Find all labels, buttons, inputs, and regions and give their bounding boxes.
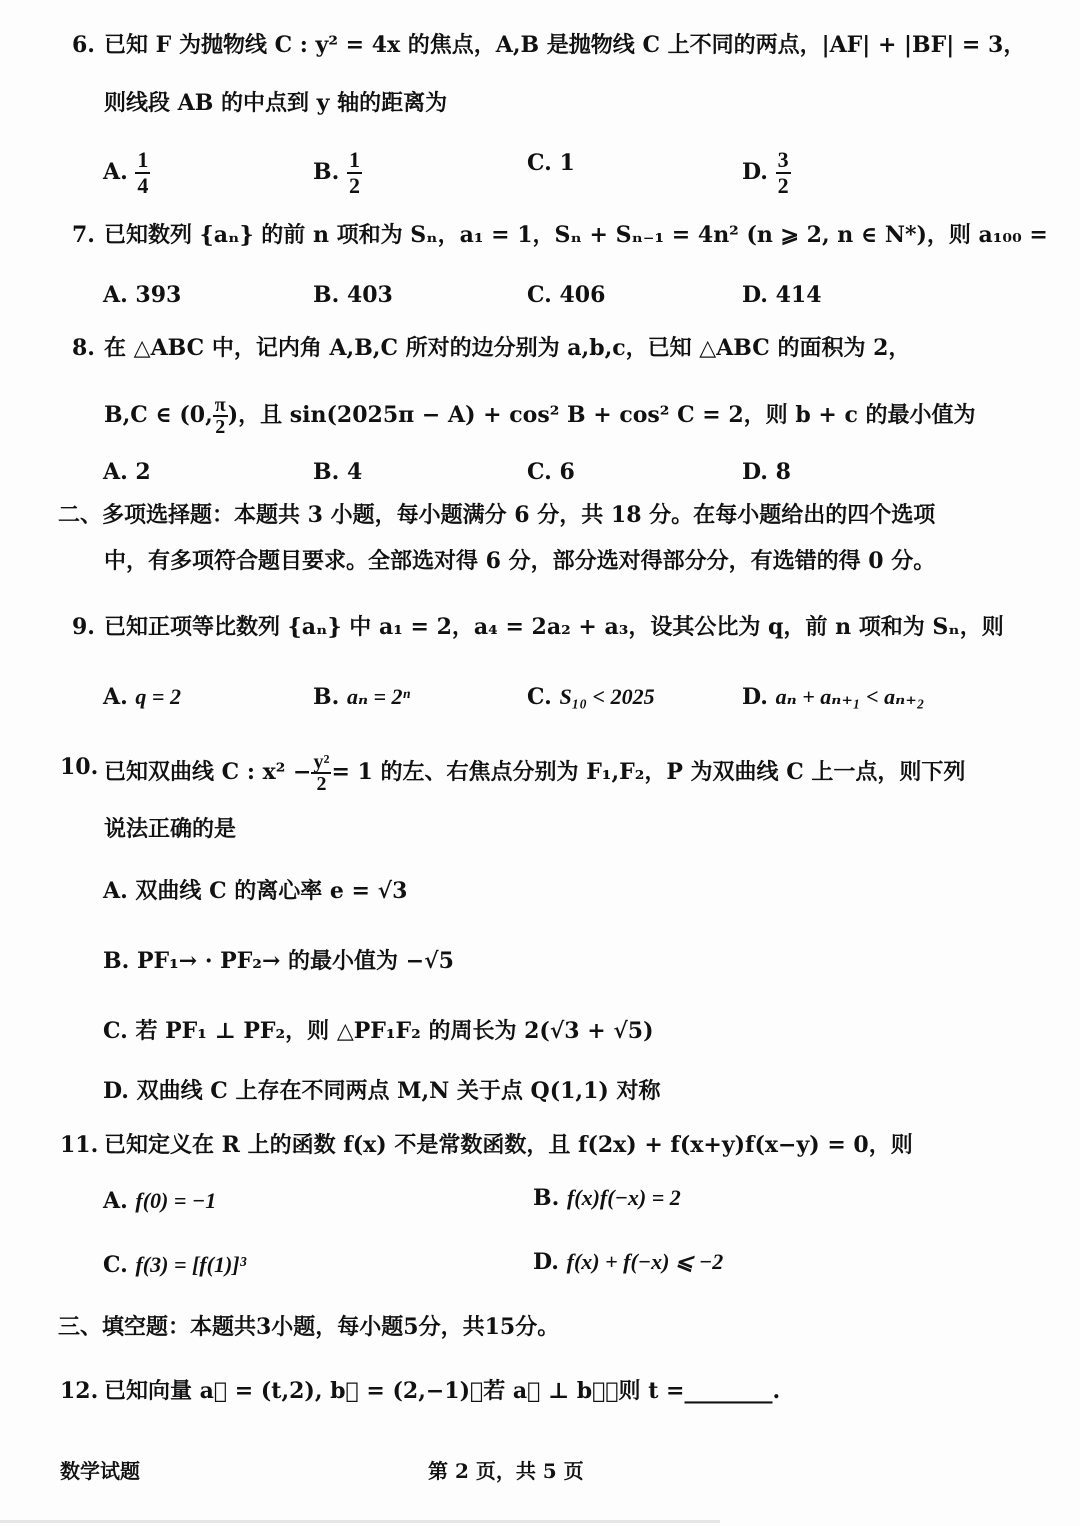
question-6-option-d: D. 32 (742, 148, 791, 198)
section-2-heading-line1: 二、多项选择题：本题共 3 小题，每小题满分 6 分，共 18 分。在每小题给出… (58, 500, 935, 530)
question-10-option-c: C. 若 PF₁ ⊥ PF₂，则 △PF₁F₂ 的周长为 2(√3 + √5) (103, 1016, 654, 1046)
question-9-option-b: B. aₙ = 2ⁿ (313, 682, 410, 712)
denominator: 2 (776, 174, 791, 198)
question-11-option-c: C. f(3) = [f(1)]³ (103, 1250, 246, 1280)
option-value: 8 (776, 459, 791, 485)
answer-blank[interactable]: ________ (684, 1378, 772, 1404)
option-label: B. (533, 1185, 559, 1211)
question-10-option-d: D. 双曲线 C 上存在不同两点 M,N 关于点 Q(1,1) 对称 (103, 1076, 660, 1106)
option-value: aₙ + aₙ₊₁ < aₙ₊₂ (776, 684, 925, 709)
option-value: f(x) + f(−x) ⩽ −2 (567, 1249, 724, 1274)
option-label: D. (742, 684, 768, 710)
section-2-heading-line2: 中，有多项符合题目要求。全部选对得 6 分，部分选对得部分分，有选错的得 0 分… (104, 546, 935, 576)
question-9-option-d: D. aₙ + aₙ₊₁ < aₙ₊₂ (742, 682, 925, 712)
option-value: 403 (347, 282, 393, 308)
page-bottom-edge (0, 1520, 720, 1523)
option-label: B. (103, 948, 129, 974)
numerator: π (213, 395, 228, 417)
option-label: A. (103, 1188, 128, 1214)
option-label: D. (103, 1078, 129, 1104)
numerator: 1 (135, 148, 150, 174)
denominator: 2 (213, 417, 228, 437)
question-7-option-c: C. 406 (527, 280, 605, 310)
footer-page-number: 第 2 页，共 5 页 (428, 1455, 584, 1484)
option-label: A. (103, 878, 128, 904)
question-8-stem-line1: 在 △ABC 中，记内角 A,B,C 所对的边分别为 a,b,c，已知 △ABC… (104, 333, 910, 363)
option-label: D. (742, 159, 768, 185)
question-10-stem-line2: 说法正确的是 (104, 814, 236, 844)
stem-text: 已知向量 a⃗ = (t,2), b⃗ = (2,−1)，若 a⃗ ⊥ b⃗，则… (104, 1378, 684, 1404)
option-label: B. (313, 459, 339, 485)
question-7-option-d: D. 414 (742, 280, 822, 310)
question-10-number: 10. (60, 752, 98, 782)
question-11-option-a: A. f(0) = −1 (103, 1186, 216, 1216)
option-value: f(3) = [f(1)]³ (135, 1252, 246, 1277)
question-8-option-c: C. 6 (527, 457, 575, 487)
question-9-stem: 已知正项等比数列 {aₙ} 中 a₁ = 2，a₄ = 2a₂ + a₃，设其公… (104, 612, 1004, 642)
option-value: 414 (776, 282, 822, 308)
question-12-number: 12. (60, 1376, 98, 1406)
fraction: 14 (135, 148, 150, 198)
numerator: y² (311, 752, 331, 774)
numerator: 1 (347, 148, 362, 174)
question-8-stem-line2: B,C ∈ (0,π2)，且 sin(2025π − A) + cos² B +… (104, 395, 976, 437)
question-9-option-c: C. S₁₀ < 2025 (527, 682, 655, 712)
numerator: 3 (776, 148, 791, 174)
question-10-option-a: A. 双曲线 C 的离心率 e = √3 (103, 876, 407, 906)
stem-text: )，且 sin(2025π − A) + cos² B + cos² C = 2… (228, 402, 976, 428)
option-value: S₁₀ < 2025 (559, 684, 654, 709)
option-label: D. (742, 459, 768, 485)
question-11-option-b: B. f(x)f(−x) = 2 (533, 1183, 681, 1213)
denominator: 2 (347, 174, 362, 198)
option-value: 双曲线 C 上存在不同两点 M,N 关于点 Q(1,1) 对称 (137, 1078, 661, 1104)
fraction: 12 (347, 148, 362, 198)
question-8-option-d: D. 8 (742, 457, 791, 487)
option-label: C. (527, 459, 552, 485)
fraction: 32 (776, 148, 791, 198)
question-7-option-a: A. 393 (103, 280, 181, 310)
option-value: PF₁→ · PF₂→ 的最小值为 −√5 (137, 948, 454, 974)
question-10-option-b: B. PF₁→ · PF₂→ 的最小值为 −√5 (103, 946, 454, 976)
question-8-option-b: B. 4 (313, 457, 362, 487)
option-value: 双曲线 C 的离心率 e = √3 (135, 878, 407, 904)
option-value: 406 (559, 282, 605, 308)
option-label: C. (103, 1018, 128, 1044)
question-7-stem: 已知数列 {aₙ} 的前 n 项和为 Sₙ，a₁ = 1，Sₙ + Sₙ₋₁ =… (104, 220, 1048, 250)
question-9-number: 9. (72, 612, 95, 642)
option-label: D. (742, 282, 768, 308)
stem-text: 已知双曲线 C : x² − (104, 759, 311, 785)
option-value: f(0) = −1 (135, 1188, 216, 1213)
option-value: 若 PF₁ ⊥ PF₂，则 △PF₁F₂ 的周长为 2(√3 + √5) (135, 1018, 653, 1044)
question-11-number: 11. (60, 1130, 98, 1160)
option-value: 4 (347, 459, 362, 485)
question-10-stem-line1: 已知双曲线 C : x² −y²2= 1 的左、右焦点分别为 F₁,F₂，P 为… (104, 752, 965, 794)
option-label: B. (313, 159, 339, 185)
option-value: 6 (559, 459, 574, 485)
question-8-option-a: A. 2 (103, 457, 151, 487)
question-7-option-b: B. 403 (313, 280, 393, 310)
option-value: 2 (135, 459, 150, 485)
period: . (772, 1378, 780, 1404)
denominator: 2 (311, 774, 331, 794)
option-label: B. (313, 684, 339, 710)
option-label: C. (103, 1252, 128, 1278)
option-label: C. (527, 282, 552, 308)
question-6-option-a: A. 14 (103, 148, 150, 198)
option-value: f(x)f(−x) = 2 (567, 1185, 681, 1210)
option-label: A. (103, 282, 128, 308)
question-6-option-b: B. 12 (313, 148, 362, 198)
section-3-heading: 三、填空题：本题共3小题，每小题5分，共15分。 (58, 1312, 559, 1342)
question-6-stem-line2: 则线段 AB 的中点到 y 轴的距离为 (104, 88, 447, 118)
fraction: y²2 (311, 752, 331, 794)
option-label: A. (103, 159, 128, 185)
option-value: aₙ = 2ⁿ (347, 684, 410, 709)
question-9-option-a: A. q = 2 (103, 682, 181, 712)
question-11-stem: 已知定义在 R 上的函数 f(x) 不是常数函数，且 f(2x) + f(x+y… (104, 1130, 913, 1160)
question-6-number: 6. (72, 30, 95, 60)
option-label: C. (527, 150, 552, 176)
question-12-stem: 已知向量 a⃗ = (t,2), b⃗ = (2,−1)，若 a⃗ ⊥ b⃗，则… (104, 1376, 780, 1406)
option-label: C. (527, 684, 552, 710)
option-label: D. (533, 1249, 559, 1275)
question-7-number: 7. (72, 220, 95, 250)
option-value: 393 (135, 282, 181, 308)
question-6-option-c: C. 1 (527, 148, 575, 178)
option-value: q = 2 (135, 684, 181, 709)
option-label: B. (313, 282, 339, 308)
option-label: A. (103, 684, 128, 710)
question-11-option-d: D. f(x) + f(−x) ⩽ −2 (533, 1247, 723, 1277)
option-value: 1 (559, 150, 574, 176)
footer-subject: 数学试题 (60, 1455, 140, 1484)
question-6-stem-line1: 已知 F 为抛物线 C : y² = 4x 的焦点，A,B 是抛物线 C 上不同… (104, 30, 1025, 60)
question-8-number: 8. (72, 333, 95, 363)
denominator: 4 (135, 174, 150, 198)
stem-text: = 1 的左、右焦点分别为 F₁,F₂，P 为双曲线 C 上一点，则下列 (331, 759, 965, 785)
fraction: π2 (213, 395, 228, 437)
stem-text: B,C ∈ (0, (104, 402, 213, 428)
option-label: A. (103, 459, 128, 485)
